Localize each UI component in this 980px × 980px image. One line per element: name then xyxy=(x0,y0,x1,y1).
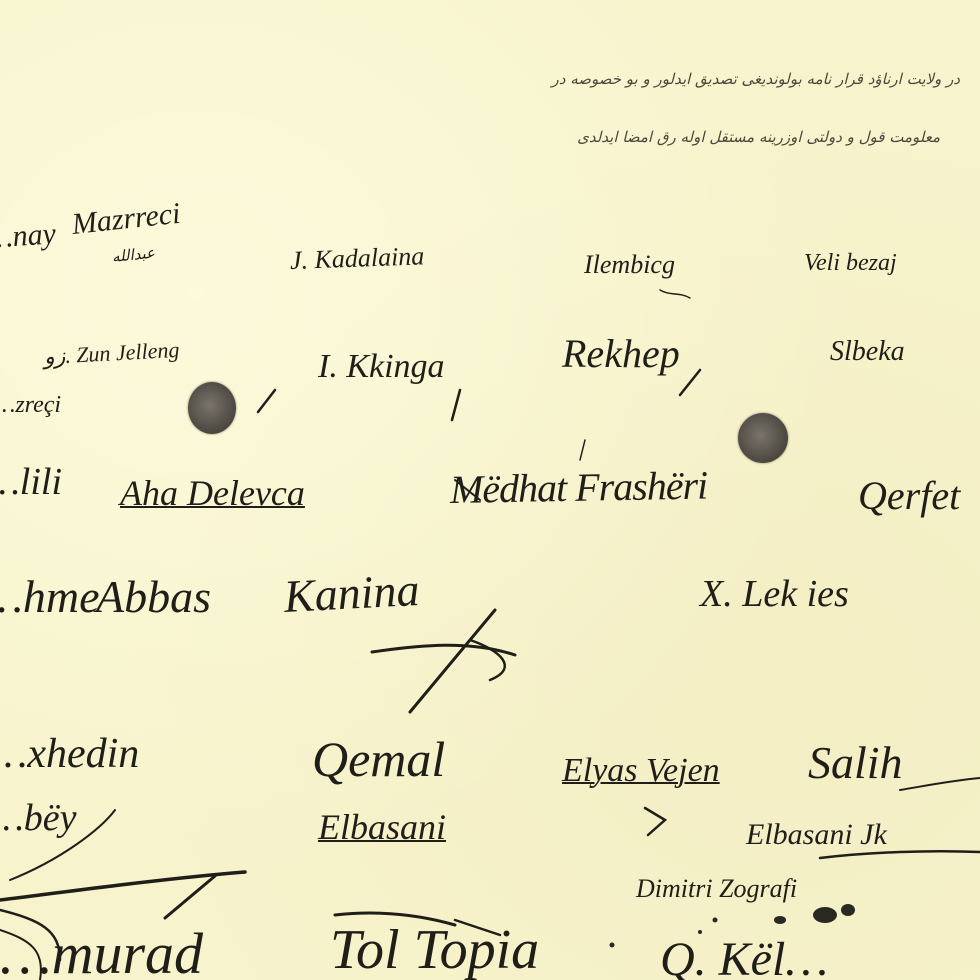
pen-flourishes xyxy=(0,0,980,980)
document-paper: ﺩﺭ ﻭﻟﺎﻳﺖ ﺍﺭﻧﺎﺅﺩ ﻗﺮﺍﺭ ﻧﺎﻣﻪ ﺑﻮﻟﻮﻧﺪﻳﻐﻰ ﺗﺼﺪﻳ… xyxy=(0,0,980,980)
